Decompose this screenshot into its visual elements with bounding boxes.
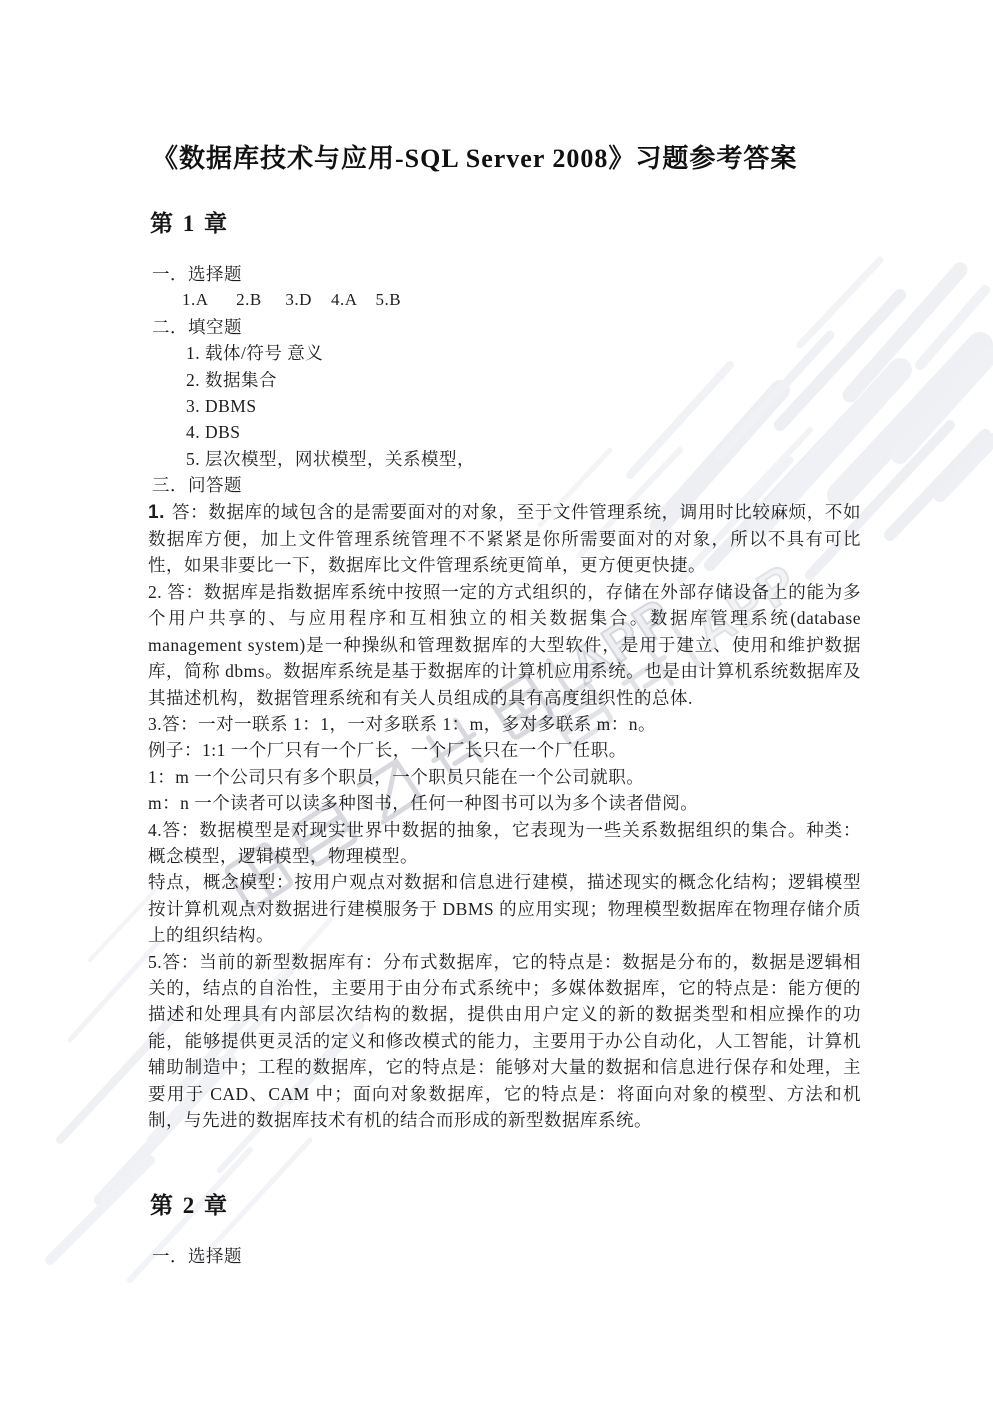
choice-answers-line: 1.A 2.B 3.D 4.A 5.B xyxy=(182,287,861,313)
section-label-choice-questions: 一．选择题 xyxy=(152,1243,861,1269)
qa-answer-5: 5.答：当前的新型数据库有：分布式数据库，它的特点是：数据是分布的，数据是逻辑相… xyxy=(148,949,861,1134)
qa-answer-2: 2. 答：数据库是指数据库系统中按照一定的方式组织的，存储在外部存储设备上的能为… xyxy=(148,579,861,711)
qa-answer-3-line: m：n 一个读者可以读多种图书，任何一种图书可以为多个读者借阅。 xyxy=(148,790,861,816)
fill-item: 5. 层次模型，网状模型，关系模型， xyxy=(186,446,861,472)
fill-item: 2. 数据集合 xyxy=(186,367,861,393)
qa-answer-1: 1.答：数据库的域包含的是需要面对的对象，至于文件管理系统，调用时比较麻烦，不如… xyxy=(148,499,861,579)
qa-answer-4: 4.答：数据模型是对现实世界中数据的抽象，它表现为一些关系数据组织的集合。种类：… xyxy=(148,817,861,870)
qa-answer-3-line: 1：m 一个公司只有多个职员，一个职员只能在一个公司就职。 xyxy=(148,764,861,790)
qa-answer-3-line: 例子：1:1 一个厂只有一个厂长，一个厂长只在一个厂任职。 xyxy=(148,737,861,763)
fill-item: 4. DBS xyxy=(186,419,861,445)
document-content: 《数据库技术与应用-SQL Server 2008》习题参考答案 第 1 章 一… xyxy=(0,0,993,1270)
fill-item: 3. DBMS xyxy=(186,393,861,419)
section-label-fill-in-blanks: 二．填空题 xyxy=(152,314,861,340)
section-label-choice-questions: 一．选择题 xyxy=(152,261,861,287)
document-page: APP APP 《数据库技术与应用-SQL Server 2008》习题参考答案… xyxy=(0,0,993,1404)
qa-answer-1-text: 答：数据库的域包含的是需要面对的对象，至于文件管理系统，调用时比较麻烦，不如数据… xyxy=(148,502,861,576)
qa-answers-block: 1.答：数据库的域包含的是需要面对的对象，至于文件管理系统，调用时比较麻烦，不如… xyxy=(148,499,861,1134)
chapter-1-heading: 第 1 章 xyxy=(150,208,861,240)
qa-answer-1-number: 1. xyxy=(148,502,165,523)
qa-answer-3-line: 3.答：一对一联系 1：1，一对多联系 1：m，多对多联系 m：n。 xyxy=(148,711,861,737)
document-title: 《数据库技术与应用-SQL Server 2008》习题参考答案 xyxy=(152,143,861,175)
fill-item: 1. 载体/符号 意义 xyxy=(186,340,861,366)
qa-answer-4-features: 特点，概念模型：按用户观点对数据和信息进行建模，描述现实的概念化结构；逻辑模型按… xyxy=(148,869,861,948)
chapter-2-heading: 第 2 章 xyxy=(150,1190,861,1222)
section-label-qa-questions: 三．问答题 xyxy=(152,472,861,498)
